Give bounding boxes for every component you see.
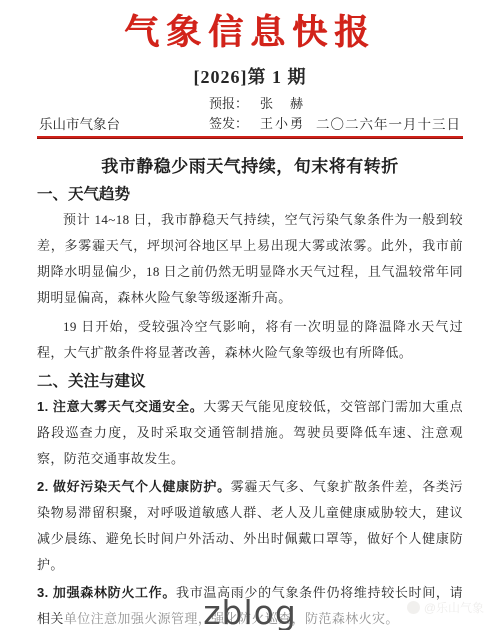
forecaster-line: 预报： 张 赫 [209,94,305,114]
section-1-paragraph-1: 预计 14~18 日，我市静稳天气持续，空气污染气象条件为一般到较差，多雾霾天气… [37,207,463,311]
issuing-agency: 乐山市气象台 [39,113,120,133]
advice-item-2: 2. 做好污染天气个人健康防护。雾霾天气多、气象扩散条件差，各类污染物易滞留积聚… [37,474,463,578]
advice-item-1-lead: 1. 注意大雾天气交通安全。 [37,399,203,414]
advice-item-3: 3. 加强森林防火工作。我市温高雨少的气象条件仍将维持较长时间，请相关单位注意加… [37,580,463,630]
signature-block: 预报： 张 赫 签发： 王小勇 [209,94,305,134]
header-divider-rule [37,136,463,139]
bulletin-document: 气象信息快报 [2026]第 1 期 预报： 张 赫 签发： 王小勇 乐山市气象… [0,0,500,630]
advice-item-3-body-faded: 单位注意加强火源管理，强化防火巡查，防范森林火灾。 [64,611,399,626]
signer-name: 王小勇 [260,114,305,134]
forecaster-name: 张 赫 [260,94,305,114]
advice-item-2-lead: 2. 做好污染天气个人健康防护。 [37,479,231,494]
advice-item-3-lead: 3. 加强森林防火工作。 [37,585,176,600]
issue-number: [2026]第 1 期 [37,63,463,89]
forecaster-label: 预报： [209,94,248,114]
advice-item-1: 1. 注意大雾天气交通安全。大雾天气能见度较低，交管部门需加大重点路段巡查力度，… [37,394,463,472]
document-meta: 预报： 张 赫 签发： 王小勇 乐山市气象台 二〇二六年一月十三日 [37,94,463,134]
issue-date: 二〇二六年一月十三日 [316,113,461,133]
section-1-heading: 一、天气趋势 [37,182,463,204]
section-2-heading: 二、关注与建议 [37,369,463,391]
signer-line: 签发： 王小勇 [209,114,305,134]
signer-label: 签发： [209,114,248,134]
document-title: 气象信息快报 [37,10,463,56]
section-1-paragraph-2: 19 日开始，受较强冷空气影响，将有一次明显的降温降水天气过程，大气扩散条件将显… [37,314,463,366]
bulletin-headline: 我市静稳少雨天气持续，旬末将有转折 [37,152,463,177]
